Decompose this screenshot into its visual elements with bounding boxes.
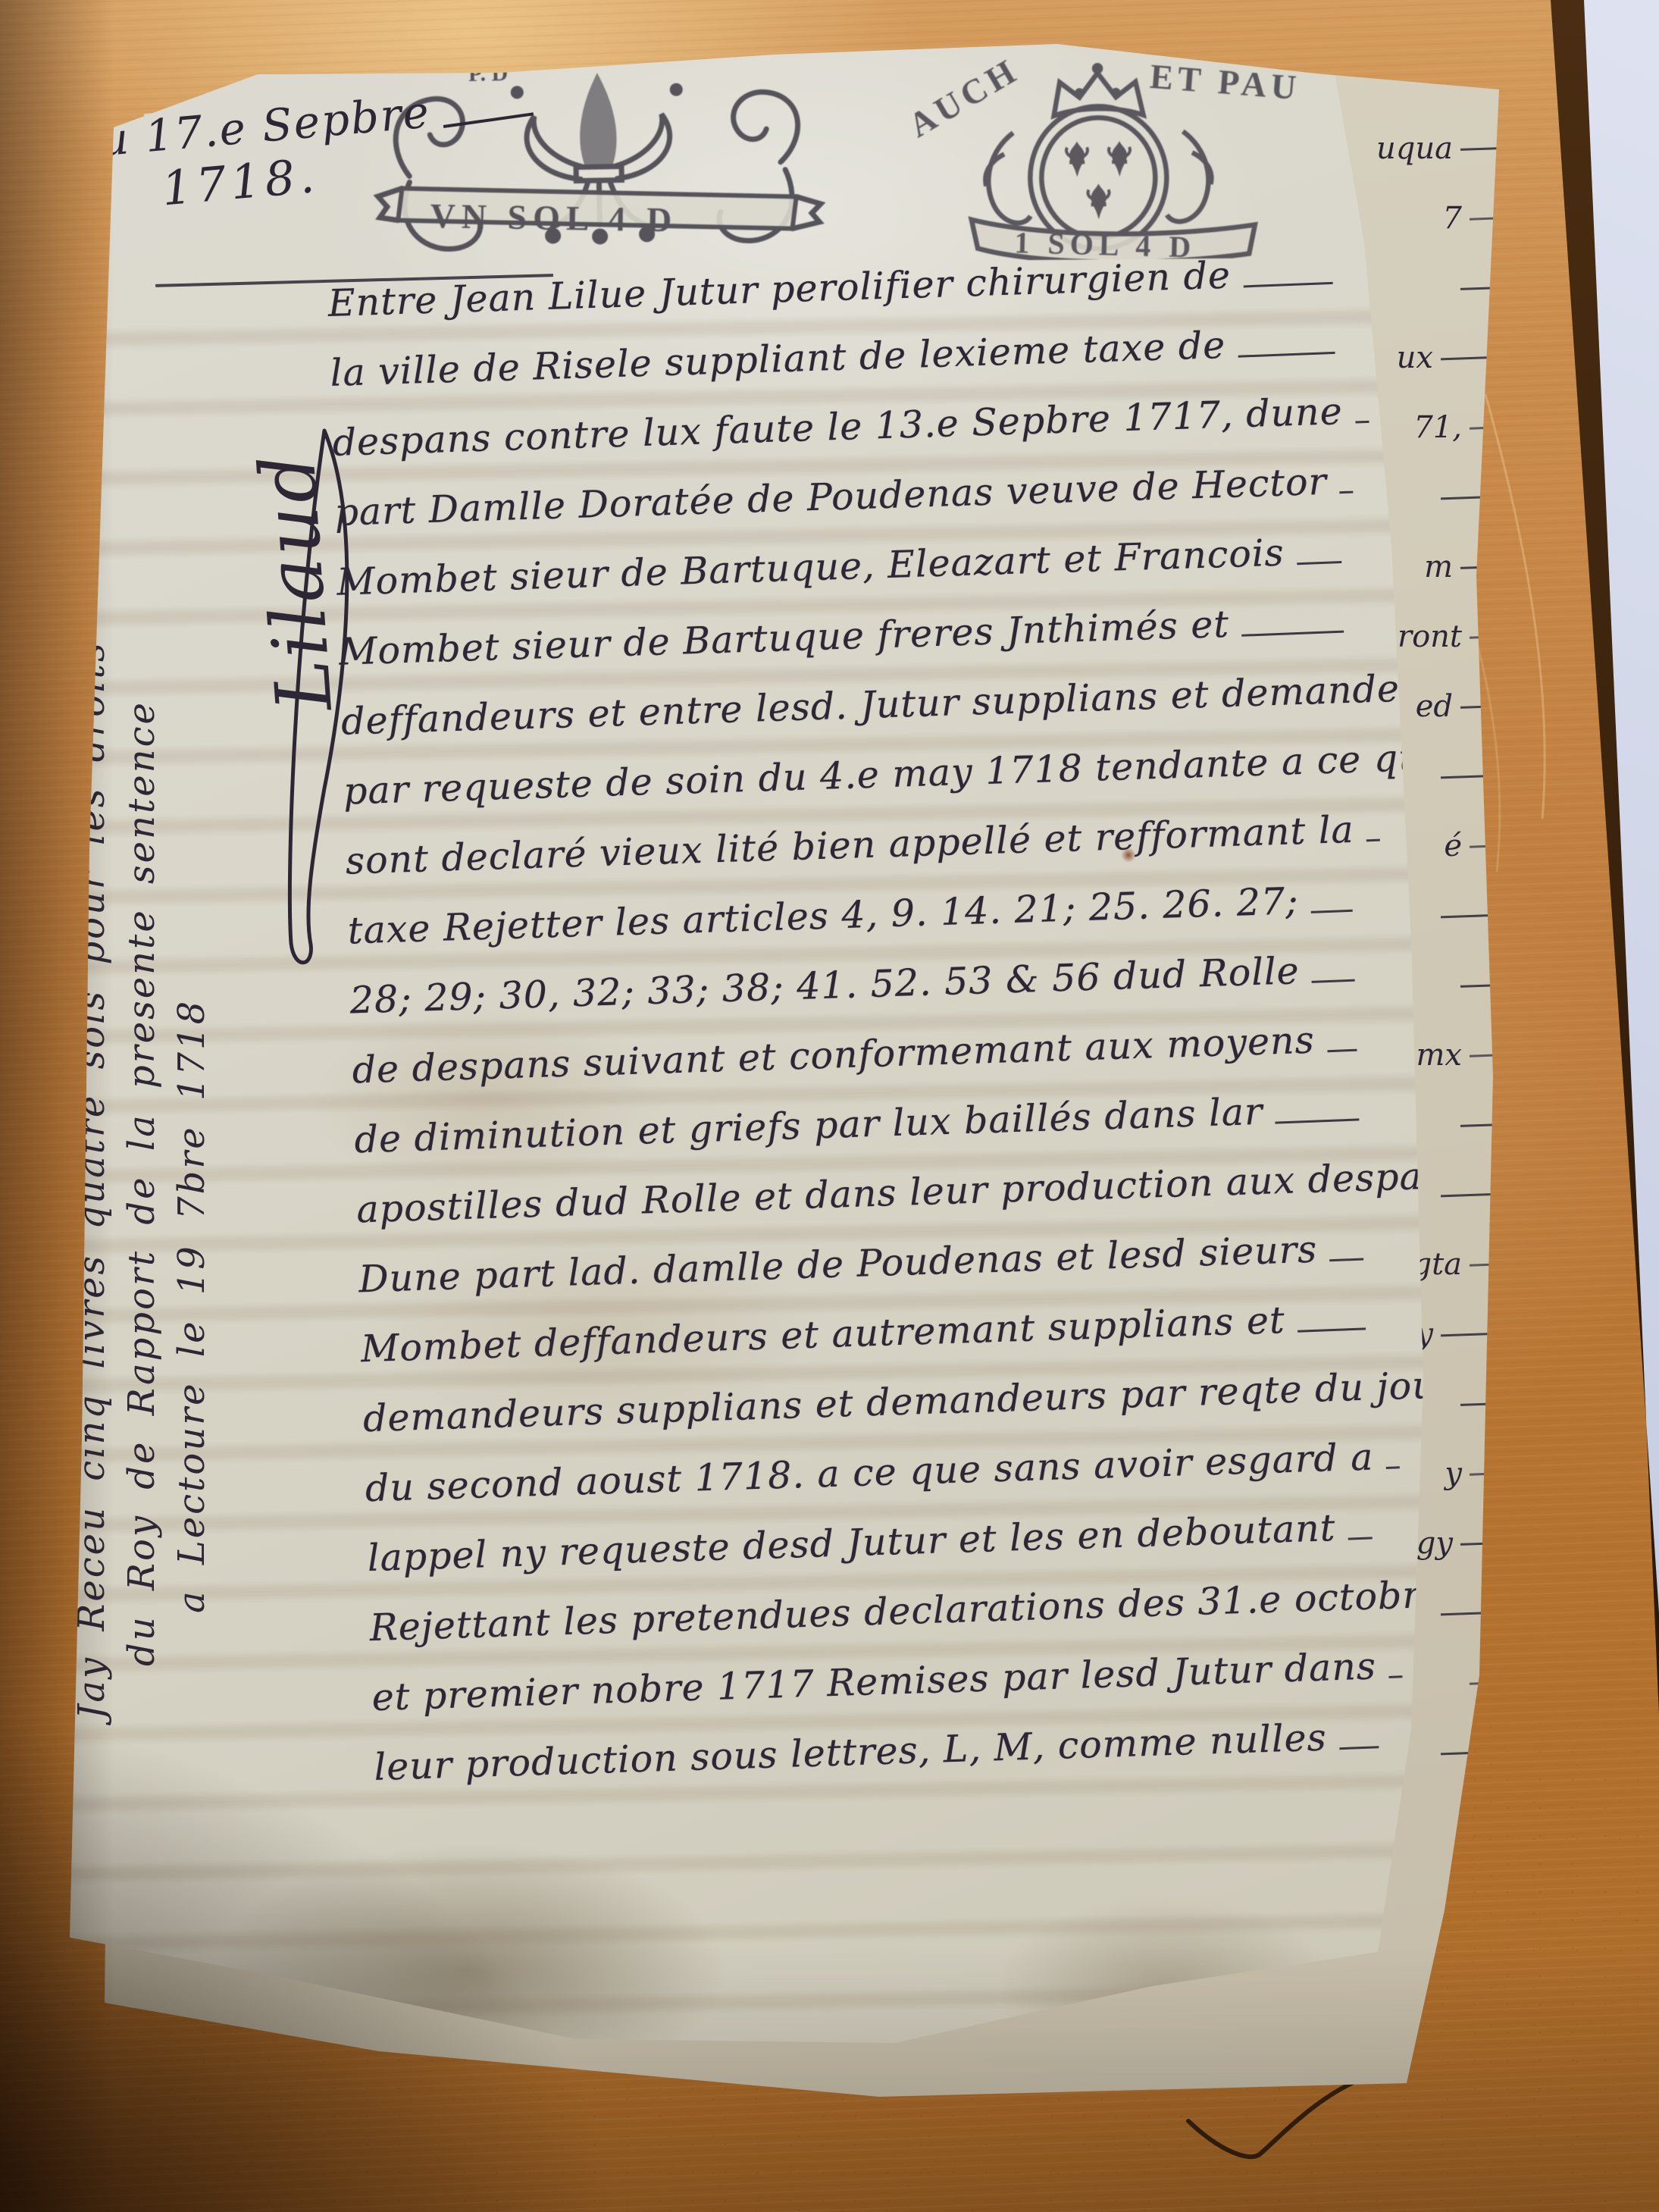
line-filler-dash	[1339, 1746, 1379, 1750]
stamp-banner-text: VN SOL 4 D	[430, 196, 678, 240]
line-filler-dash	[1238, 352, 1335, 358]
stamp-arc-left-text: AUCH	[902, 50, 1025, 145]
photo-of-manuscript: uqua 7 ux 71, m	[0, 0, 1659, 2212]
line-filler-dash	[1276, 1118, 1360, 1123]
margin-line-3: a Lectoure le 19 7bre 1718	[167, 417, 217, 1719]
tax-stamp-auch-et-pau: AUCH ET PAU 1 SOL 4 D	[897, 37, 1347, 261]
line-filler-dash	[1327, 1049, 1357, 1053]
edge-text-fragment: uqua	[1356, 114, 1500, 183]
line-filler-dash	[1243, 282, 1333, 288]
manuscript-body-text: Entre Jean Lilue Jutur perolifier chirur…	[327, 250, 1383, 1816]
line-filler-dash	[1297, 561, 1341, 565]
date-flourish-dash	[443, 112, 534, 128]
margin-line-2: du Roy de Rapport de la presente sentenc…	[117, 417, 167, 1719]
margin-receipt-note: Jay Receu cinq livres quatre sols pour l…	[67, 417, 328, 1719]
line-filler-dash	[1297, 1327, 1366, 1332]
edge-text-fragment: ux	[1356, 323, 1500, 393]
line-filler-dash	[1460, 147, 1500, 151]
line-filler-dash	[1241, 631, 1344, 637]
edge-text-fragment	[1356, 253, 1500, 323]
line-filler-dash	[1330, 1258, 1364, 1262]
line-filler-dash	[1348, 1537, 1373, 1540]
line-filler-dash	[1311, 910, 1353, 913]
edge-text-fragment: 7	[1356, 183, 1500, 253]
line-filler-dash	[1312, 979, 1355, 983]
margin-signature: Lilaud	[243, 449, 349, 714]
